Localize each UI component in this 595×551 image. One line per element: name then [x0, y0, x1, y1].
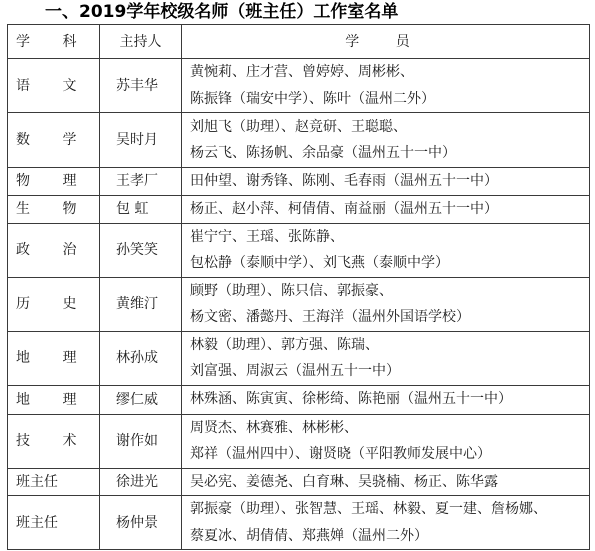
host-cell: 杨仲景: [100, 496, 182, 550]
header-members: 学 员: [182, 25, 590, 59]
subject-cell: 语 文: [8, 59, 100, 113]
table-row: 生 物包 虹杨正、赵小萍、柯倩倩、南益丽（温州五十一中）: [8, 195, 590, 223]
members-cell: 杨正、赵小萍、柯倩倩、南益丽（温州五十一中）: [182, 195, 590, 223]
members-cell: 黄惋莉、庄才营、曾婷婷、周彬彬、陈振锋（瑞安中学）、陈叶（温州二外）: [182, 59, 590, 113]
host-cell: 孙笑笑: [100, 223, 182, 277]
members-cell: 周贤杰、林赛雅、林彬彬、郑祥（温州四中）、谢贤晓（平阳教师发展中心）: [182, 414, 590, 468]
member-line: 崔宁宁、王瑶、张陈静、: [190, 224, 589, 251]
table-row: 政 治孙笑笑崔宁宁、王瑶、张陈静、包松静（泰顺中学）、刘飞燕（泰顺中学）: [8, 223, 590, 277]
member-line: 郑祥（温州四中）、谢贤晓（平阳教师发展中心）: [190, 441, 589, 468]
member-line: 林毅（助理）、郭方强、陈瑞、: [190, 332, 589, 359]
studio-roster-table: 学 科 主持人 学 员 语 文苏丰华黄惋莉、庄才营、曾婷婷、周彬彬、陈振锋（瑞安…: [7, 24, 590, 550]
host-cell: 王孝厂: [100, 168, 182, 196]
table-row: 班主任杨仲景郭振豪（助理）、张智慧、王瑶、林毅、夏一建、詹杨娜、蔡夏冰、胡倩倩、…: [8, 496, 590, 550]
member-line: 林殊涵、陈寅寅、徐彬绮、陈艳丽（温州五十一中）: [190, 386, 589, 413]
table-header-row: 学 科 主持人 学 员: [8, 25, 590, 59]
member-line: 黄惋莉、庄才营、曾婷婷、周彬彬、: [190, 59, 589, 86]
host-cell: 包 虹: [100, 195, 182, 223]
subject-cell: 班主任: [8, 496, 100, 550]
table-row: 地 理缪仁威林殊涵、陈寅寅、徐彬绮、陈艳丽（温州五十一中）: [8, 385, 590, 414]
subject-cell: 地 理: [8, 385, 100, 414]
host-cell: 谢作如: [100, 414, 182, 468]
page-title: 一、2019学年校级名师（班主任）工作室名单: [0, 0, 595, 24]
members-cell: 田仲望、谢秀锋、陈刚、毛春雨（温州五十一中）: [182, 168, 590, 196]
member-line: 刘富强、周淑云（温州五十一中）: [190, 358, 589, 385]
subject-cell: 生 物: [8, 195, 100, 223]
members-cell: 顾野（助理）、陈只信、郭振豪、杨文密、潘懿丹、王海洋（温州外国语学校）: [182, 277, 590, 331]
table-row: 物 理王孝厂田仲望、谢秀锋、陈刚、毛春雨（温州五十一中）: [8, 168, 590, 196]
subject-cell: 历 史: [8, 277, 100, 331]
header-subject: 学 科: [8, 25, 100, 59]
member-line: 包松静（泰顺中学）、刘飞燕（泰顺中学）: [190, 250, 589, 277]
member-line: 陈振锋（瑞安中学）、陈叶（温州二外）: [190, 86, 589, 113]
member-line: 周贤杰、林赛雅、林彬彬、: [190, 415, 589, 442]
subject-cell: 数 学: [8, 113, 100, 168]
members-cell: 吴必宪、姜德尧、白育琳、吴骁楠、杨正、陈华露: [182, 468, 590, 496]
table-row: 数 学吴时月刘旭飞（助理）、赵竞研、王聪聪、杨云飞、陈扬帆、余品豪（温州五十一中…: [8, 113, 590, 168]
table-row: 地 理林孙成林毅（助理）、郭方强、陈瑞、刘富强、周淑云（温州五十一中）: [8, 331, 590, 385]
host-cell: 苏丰华: [100, 59, 182, 113]
member-line: 吴必宪、姜德尧、白育琳、吴骁楠、杨正、陈华露: [190, 469, 589, 496]
host-cell: 黄维汀: [100, 277, 182, 331]
host-cell: 缪仁威: [100, 385, 182, 414]
table-row: 班主任徐进光吴必宪、姜德尧、白育琳、吴骁楠、杨正、陈华露: [8, 468, 590, 496]
members-cell: 刘旭飞（助理）、赵竞研、王聪聪、杨云飞、陈扬帆、余品豪（温州五十一中）: [182, 113, 590, 168]
header-host: 主持人: [100, 25, 182, 59]
table-row: 历 史黄维汀顾野（助理）、陈只信、郭振豪、杨文密、潘懿丹、王海洋（温州外国语学校…: [8, 277, 590, 331]
members-cell: 郭振豪（助理）、张智慧、王瑶、林毅、夏一建、詹杨娜、蔡夏冰、胡倩倩、郑燕婵（温州…: [182, 496, 590, 550]
subject-cell: 地 理: [8, 331, 100, 385]
table-row: 技 术谢作如周贤杰、林赛雅、林彬彬、郑祥（温州四中）、谢贤晓（平阳教师发展中心）: [8, 414, 590, 468]
host-cell: 吴时月: [100, 113, 182, 168]
member-line: 杨云飞、陈扬帆、余品豪（温州五十一中）: [190, 140, 589, 167]
table-row: 语 文苏丰华黄惋莉、庄才营、曾婷婷、周彬彬、陈振锋（瑞安中学）、陈叶（温州二外）: [8, 59, 590, 113]
members-cell: 林殊涵、陈寅寅、徐彬绮、陈艳丽（温州五十一中）: [182, 385, 590, 414]
members-cell: 崔宁宁、王瑶、张陈静、包松静（泰顺中学）、刘飞燕（泰顺中学）: [182, 223, 590, 277]
member-line: 田仲望、谢秀锋、陈刚、毛春雨（温州五十一中）: [190, 168, 589, 195]
host-cell: 徐进光: [100, 468, 182, 496]
subject-cell: 政 治: [8, 223, 100, 277]
members-cell: 林毅（助理）、郭方强、陈瑞、刘富强、周淑云（温州五十一中）: [182, 331, 590, 385]
member-line: 郭振豪（助理）、张智慧、王瑶、林毅、夏一建、詹杨娜、: [190, 496, 589, 523]
member-line: 刘旭飞（助理）、赵竞研、王聪聪、: [190, 114, 589, 141]
member-line: 顾野（助理）、陈只信、郭振豪、: [190, 278, 589, 305]
member-line: 杨文密、潘懿丹、王海洋（温州外国语学校）: [190, 304, 589, 331]
subject-cell: 班主任: [8, 468, 100, 496]
host-cell: 林孙成: [100, 331, 182, 385]
subject-cell: 技 术: [8, 414, 100, 468]
member-line: 杨正、赵小萍、柯倩倩、南益丽（温州五十一中）: [190, 196, 589, 223]
member-line: 蔡夏冰、胡倩倩、郑燕婵（温州二外）: [190, 523, 589, 550]
subject-cell: 物 理: [8, 168, 100, 196]
